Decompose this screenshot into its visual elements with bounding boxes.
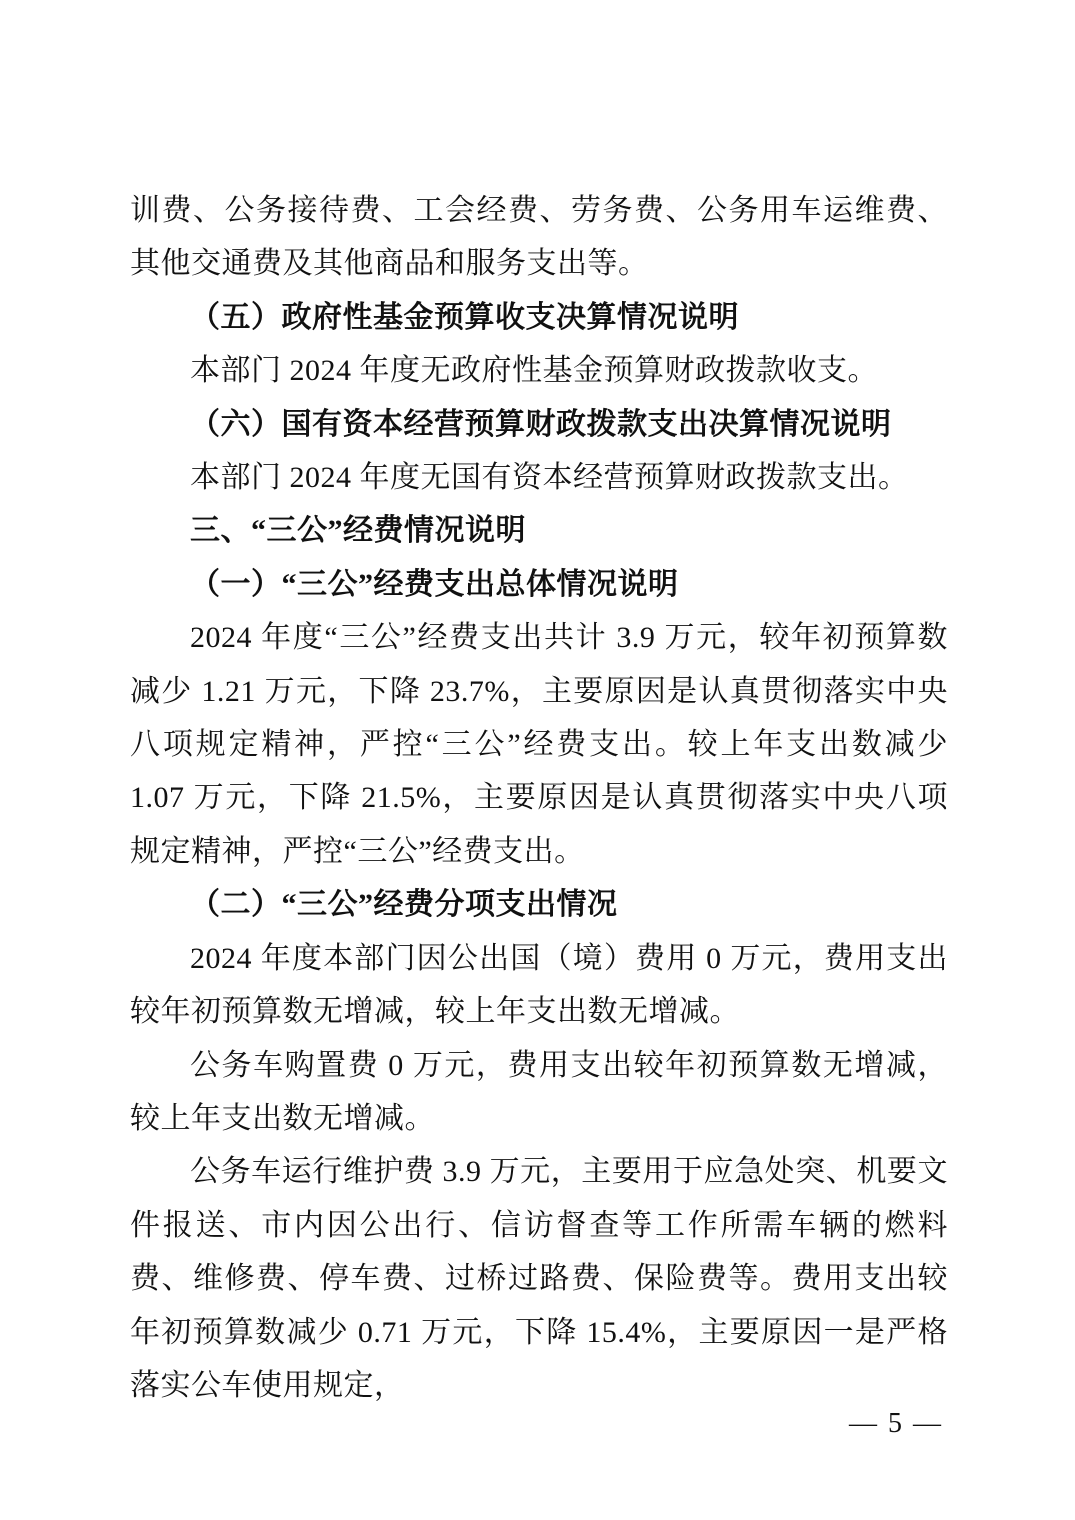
document-body: 训费、公务接待费、工会经费、劳务费、公务用车运维费、其他交通费及其他商品和服务支…	[130, 184, 948, 1412]
paragraph-vehicle-purchase-expense: 公务车购置费 0 万元，费用支出较年初预算数无增减，较上年支出数无增减。	[130, 1039, 948, 1146]
paragraph-state-capital-budget: 本部门 2024 年度无国有资本经营预算财政拨款支出。	[130, 451, 948, 504]
paragraph-overseas-travel-expense: 2024 年度本部门因公出国（境）费用 0 万元，费用支出较年初预算数无增减，较…	[130, 932, 948, 1039]
page-number: — 5 —	[849, 1408, 943, 1439]
subheading-state-capital-budget: （六）国有资本经营预算财政拨款支出决算情况说明	[130, 398, 948, 451]
paragraph-gov-fund-budget: 本部门 2024 年度无政府性基金预算财政拨款收支。	[130, 344, 948, 397]
subheading-overall-expense: （一）“三公”经费支出总体情况说明	[130, 558, 948, 611]
document-page: 训费、公务接待费、工会经费、劳务费、公务用车运维费、其他交通费及其他商品和服务支…	[0, 0, 1075, 1520]
paragraph-vehicle-maintenance-expense: 公务车运行维护费 3.9 万元，主要用于应急处突、机要文件报送、市内因公出行、信…	[130, 1145, 948, 1412]
subheading-itemized-expense: （二）“三公”经费分项支出情况	[130, 878, 948, 931]
paragraph-overall-expense: 2024 年度“三公”经费支出共计 3.9 万元，较年初预算数减少 1.21 万…	[130, 611, 948, 878]
subheading-gov-fund-budget: （五）政府性基金预算收支决算情况说明	[130, 291, 948, 344]
section-heading-three-public-expenses: 三、“三公”经费情况说明	[130, 504, 948, 557]
paragraph-continuation: 训费、公务接待费、工会经费、劳务费、公务用车运维费、其他交通费及其他商品和服务支…	[130, 184, 948, 291]
page-footer: — 5 —	[849, 1408, 943, 1440]
